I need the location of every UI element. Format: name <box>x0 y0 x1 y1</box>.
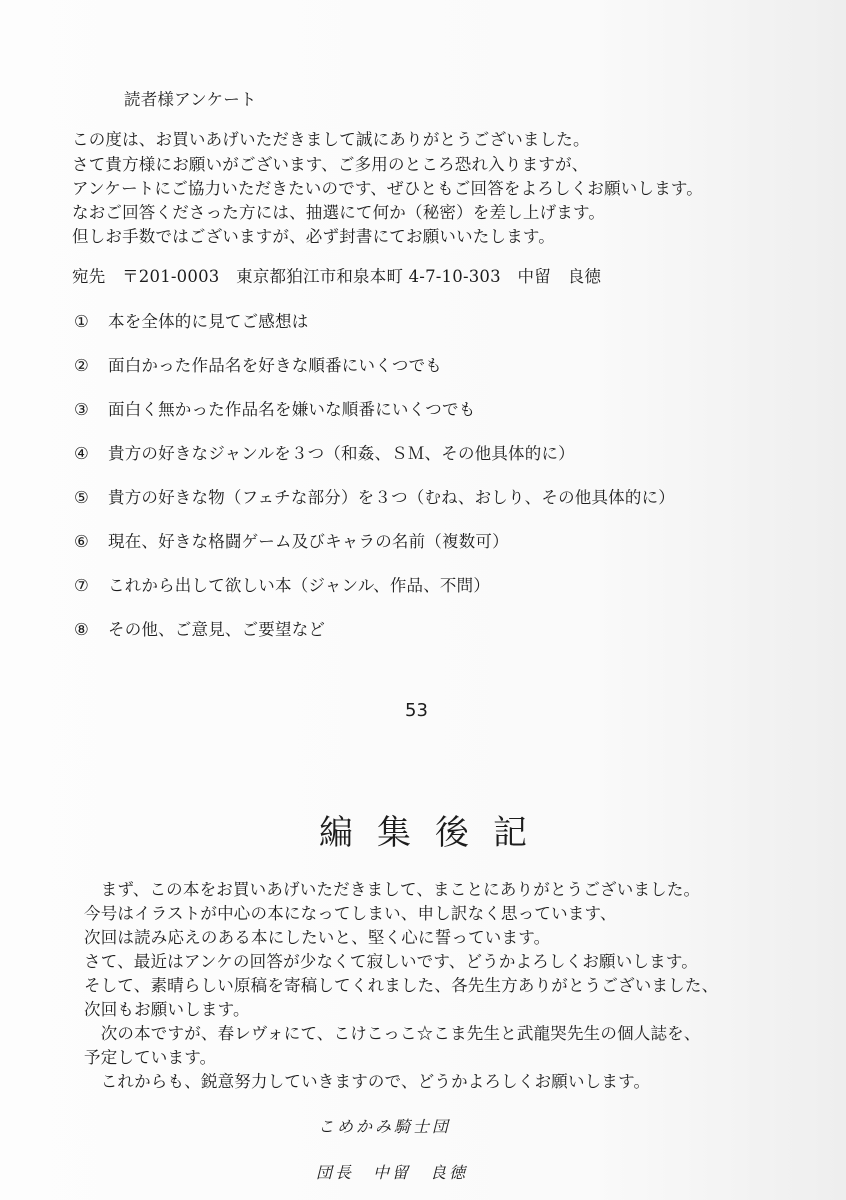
survey-intro-line: さて貴方様にお願いがございます、ご多用のところ恐れ入りますが、 <box>72 151 588 175</box>
question-item: ⑤貴方の好きな物（フェチな部分）を３つ（むね、おしり、その他具体的に） <box>74 484 675 508</box>
survey-intro-line: アンケートにご協力いただきたいのです、ぜひともご回答をよろしくお願いします。 <box>72 175 703 199</box>
question-item: ⑦これから出して欲しい本（ジャンル、作品、不問） <box>74 572 490 596</box>
question-item: ①本を全体的に見てご感想は <box>74 308 308 332</box>
survey-intro-line: 但しお手数ではございますが、必ず封書にてお願いいたします。 <box>72 223 555 247</box>
question-text: 面白く無かった作品名を嫌いな順番にいくつでも <box>108 400 475 419</box>
question-number: ② <box>74 356 108 375</box>
afterword-line: 次の本ですが、春レヴォにて、こけこっこ☆こま先生と武龍哭先生の個人誌を、 <box>84 1020 701 1044</box>
question-text: 現在、好きな格闘ゲーム及びキャラの名前（複数可） <box>108 532 509 551</box>
question-number: ⑤ <box>74 488 108 507</box>
question-number: ③ <box>74 400 108 419</box>
question-text: 貴方の好きなジャンルを３つ（和姦、ＳＭ、その他具体的に） <box>108 444 575 463</box>
scanned-page: 読者様アンケート この度は、お買いあげいただきまして誠にありがとうございました。… <box>0 0 846 1200</box>
survey-intro-line: この度は、お買いあげいただきまして誠にありがとうございました。 <box>72 126 590 150</box>
question-item: ⑥現在、好きな格闘ゲーム及びキャラの名前（複数可） <box>74 528 509 552</box>
page-number: 53 <box>405 700 428 721</box>
afterword-line: まず、この本をお買いあげいただきまして、まことにありがとうございました。 <box>84 876 700 900</box>
afterword-line: 予定しています。 <box>84 1044 216 1068</box>
editor-signature: 団長 中留 良徳 <box>316 1160 468 1183</box>
question-number: ⑦ <box>74 576 108 595</box>
afterword-line: 次回は読み応えのある本にしたいと、堅く心に誓っています。 <box>84 924 550 948</box>
afterword-line: 次回もお願いします。 <box>84 996 250 1020</box>
afterword-line: そして、素晴らしい原稿を寄稿してくれました、各先生方ありがとうございました、 <box>84 972 718 996</box>
question-text: 貴方の好きな物（フェチな部分）を３つ（むね、おしり、その他具体的に） <box>108 488 675 507</box>
question-item: ④貴方の好きなジャンルを３つ（和姦、ＳＭ、その他具体的に） <box>74 440 575 464</box>
question-text: 面白かった作品名を好きな順番にいくつでも <box>108 356 442 375</box>
question-number: ⑧ <box>74 620 108 639</box>
question-text: 本を全体的に見てご感想は <box>108 312 308 331</box>
afterword-line: これからも、鋭意努力していきますので、どうかよろしくお願いします。 <box>84 1068 650 1092</box>
afterword-line: 今号はイラストが中心の本になってしまい、申し訳なく思っています、 <box>84 900 617 924</box>
question-item: ③面白く無かった作品名を嫌いな順番にいくつでも <box>74 396 475 420</box>
question-item: ⑧その他、ご意見、ご要望など <box>74 616 325 640</box>
question-number: ⑥ <box>74 532 108 551</box>
survey-heading: 読者様アンケート <box>124 86 257 110</box>
question-text: これから出して欲しい本（ジャンル、作品、不問） <box>108 576 490 595</box>
group-name: こめかみ騎士団 <box>318 1114 451 1137</box>
survey-intro-line: なおご回答くださった方には、抽選にて何か（秘密）を差し上げます。 <box>72 199 605 223</box>
mailing-address: 宛先 〒201-0003 東京都狛江市和泉本町 4-7-10-303 中留 良徳 <box>72 263 601 287</box>
afterword-title: 編集後記 <box>0 805 846 854</box>
afterword-line: さて、最近はアンケの回答が少なくて寂しいです、どうかよろしくお願いします。 <box>84 948 698 972</box>
question-item: ②面白かった作品名を好きな順番にいくつでも <box>74 352 442 376</box>
question-number: ④ <box>74 444 108 463</box>
question-text: その他、ご意見、ご要望など <box>108 620 325 639</box>
question-number: ① <box>74 312 108 331</box>
